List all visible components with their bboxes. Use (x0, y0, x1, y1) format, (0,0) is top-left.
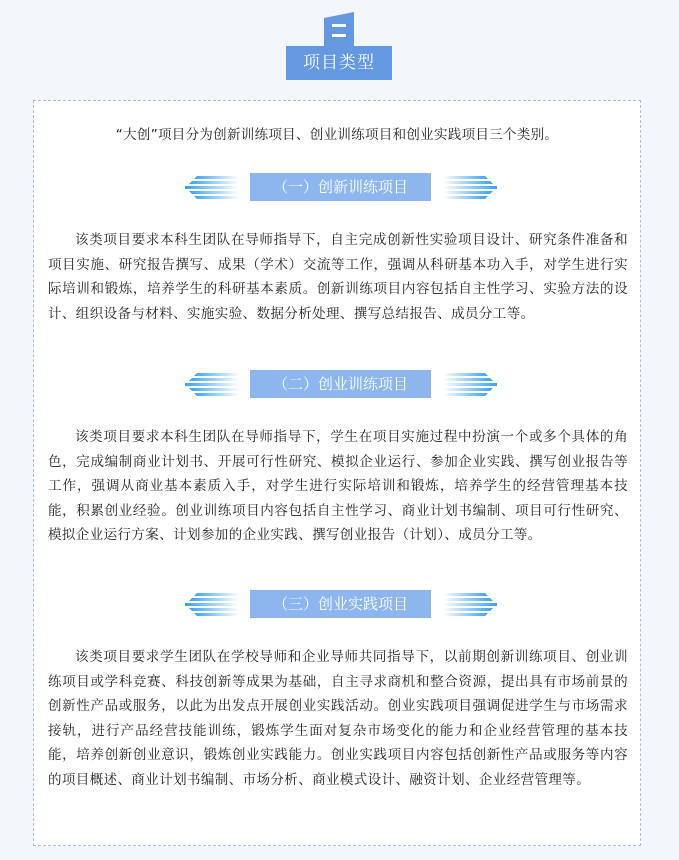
section-body: 该类项目要求本科生团队在导师指导下，自主完成创新性实验项目设计、研究条件准备和项… (48, 228, 628, 326)
left-wing-decoration-icon (183, 591, 239, 617)
intro-text: “大创”项目分为创新训练项目、创业训练项目和创业实践项目三个类别。 (34, 123, 640, 143)
page-title: 项目类型 (286, 46, 392, 80)
section-title: （三）创业实践项目 (250, 590, 431, 618)
section-header-entrepreneurship-training: （二）创业训练项目 (34, 369, 640, 399)
left-wing-decoration-icon (183, 371, 239, 397)
section-body: 该类项目要求本科生团队在导师指导下，学生在项目实施过程中扮演一个或多个具体的角色… (48, 425, 628, 548)
section-header-entrepreneurship-practice: （三）创业实践项目 (34, 589, 640, 619)
left-wing-decoration-icon (183, 174, 239, 200)
section-title: （二）创业训练项目 (250, 370, 431, 398)
section-header-innovation: （一）创新训练项目 (34, 172, 640, 202)
content-card: “大创”项目分为创新训练项目、创业训练项目和创业实践项目三个类别。 （一）创新训… (33, 100, 641, 846)
section-title: （一）创新训练项目 (250, 173, 431, 201)
right-wing-decoration-icon (443, 371, 499, 397)
right-wing-decoration-icon (443, 591, 499, 617)
roman-numeral-two-icon (322, 12, 356, 48)
right-wing-decoration-icon (443, 174, 499, 200)
section-body: 该类项目要求学生团队在学校导师和企业导师共同指导下，以前期创新训练项目、创业训练… (48, 645, 628, 792)
